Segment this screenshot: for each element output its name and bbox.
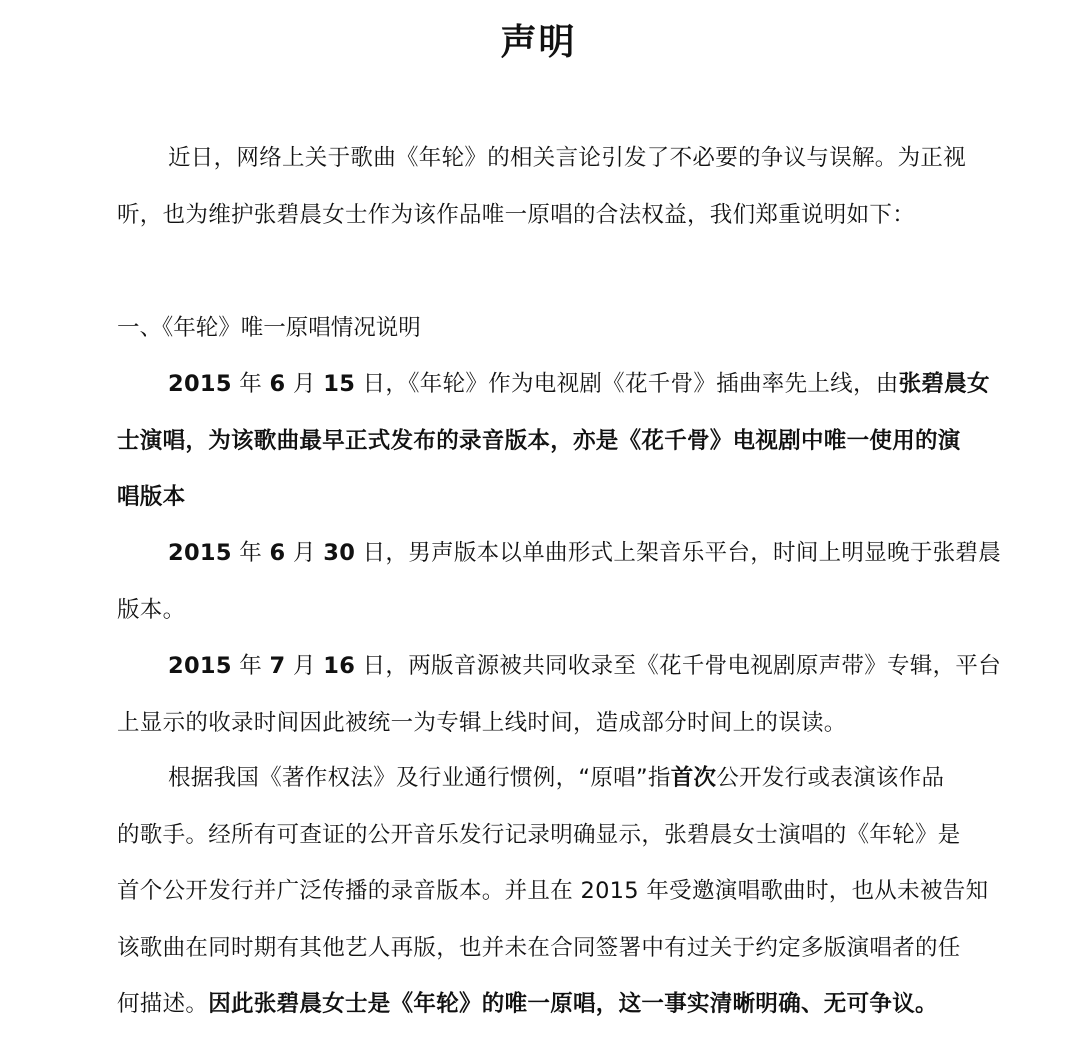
entry-1-year: 2015 [168,371,232,397]
legal-line-1-a: 根据我国《著作权法》及行业通行惯例，“原唱”指 [168,765,671,791]
entry-1-day-unit: 日， [355,371,408,397]
entry-1-day: 15 [323,371,355,397]
entry-2-year: 2015 [168,540,232,566]
document-title: 声明 [0,18,1077,66]
legal-conclusion-bold: 因此张碧晨女士是《年轮》的唯一原唱，这一事实清晰明确、无可争议。 [208,991,938,1017]
intro-line-1: 近日，网络上关于歌曲《年轮》的相关言论引发了不必要的争议与误解。为正视 [66,130,1018,187]
legal-line-1-bold: 首次 [671,765,717,791]
entry-1-month-unit: 月 [286,371,324,397]
legal-line-5: 何描述。因此张碧晨女士是《年轮》的唯一原唱，这一事实清晰明确、无可争议。 [66,976,1018,1033]
entry-2-line-1: 2015 年 6 月 30 日，男声版本以单曲形式上架音乐平台，时间上明显晚于张… [66,525,1018,582]
entry-3-line-1: 2015 年 7 月 16 日，两版音源被共同收录至《花千骨电视剧原声带》专辑，… [66,638,1018,695]
entry-3-year-unit: 年 [232,653,270,679]
intro-line-2: 听，也为维护张碧晨女士作为该作品唯一原唱的合法权益，我们郑重说明如下： [66,187,1018,244]
statement-document: 声明 近日，网络上关于歌曲《年轮》的相关言论引发了不必要的争议与误解。为正视 听… [0,0,1077,1049]
entry-1-year-unit: 年 [232,371,270,397]
intro-paragraph: 近日，网络上关于歌曲《年轮》的相关言论引发了不必要的争议与误解。为正视 听，也为… [66,130,1018,243]
legal-line-1: 根据我国《著作权法》及行业通行惯例，“原唱”指首次公开发行或表演该作品 [66,750,1018,807]
entry-1-month: 6 [270,371,286,397]
legal-line-1-b: 公开发行或表演该作品 [716,765,944,791]
entry-1-bold-text: 张碧晨女 [899,371,990,397]
entry-2-text: 男声版本以单曲形式上架音乐平台，时间上明显晚于张碧晨 [408,540,1001,566]
entry-3-text: 两版音源被共同收录至《花千骨电视剧原声带》专辑，平台 [408,653,1001,679]
entry-2-day-unit: 日， [355,540,408,566]
entry-1-line-2: 士演唱，为该歌曲最早正式发布的录音版本，亦是《花千骨》电视剧中唯一使用的演 [66,413,1018,470]
legal-line-2: 的歌手。经所有可查证的公开音乐发行记录明确显示，张碧晨女士演唱的《年轮》是 [66,807,1018,864]
entry-1-line-1: 2015 年 6 月 15 日，《年轮》作为电视剧《花千骨》插曲率先上线，由张碧… [66,356,1018,413]
entry-2-line-2: 版本。 [66,582,1018,639]
entry-1-text: 《年轮》作为电视剧《花千骨》插曲率先上线，由 [408,371,898,397]
legal-line-3: 首个公开发行并广泛传播的录音版本。并且在 2015 年受邀演唱歌曲时，也从未被告… [66,863,1018,920]
entry-2-year-unit: 年 [232,540,270,566]
entry-3-day: 16 [323,653,355,679]
entry-3-line-2: 上显示的收录时间因此被统一为专辑上线时间，造成部分时间上的误读。 [66,695,1018,752]
timeline-entry-2015-06-30: 2015 年 6 月 30 日，男声版本以单曲形式上架音乐平台，时间上明显晚于张… [66,525,1018,638]
entry-3-day-unit: 日， [355,653,408,679]
entry-2-month: 6 [270,540,286,566]
section-heading: 一、《年轮》唯一原唱情况说明 [117,308,421,348]
legal-line-4: 该歌曲在同时期有其他艺人再版，也并未在合同签署中有过关于约定多版演唱者的任 [66,920,1018,977]
legal-paragraph: 根据我国《著作权法》及行业通行惯例，“原唱”指首次公开发行或表演该作品 的歌手。… [66,750,1018,1033]
entry-2-day: 30 [323,540,355,566]
entry-3-month: 7 [270,653,286,679]
entry-3-year: 2015 [168,653,232,679]
timeline-entry-2015-06-15: 2015 年 6 月 15 日，《年轮》作为电视剧《花千骨》插曲率先上线，由张碧… [66,356,1018,526]
legal-line-5-a: 何描述。 [117,991,208,1017]
entry-3-month-unit: 月 [286,653,324,679]
timeline-entry-2015-07-16: 2015 年 7 月 16 日，两版音源被共同收录至《花千骨电视剧原声带》专辑，… [66,638,1018,751]
entry-2-month-unit: 月 [286,540,324,566]
entry-1-line-3: 唱版本 [66,469,1018,526]
